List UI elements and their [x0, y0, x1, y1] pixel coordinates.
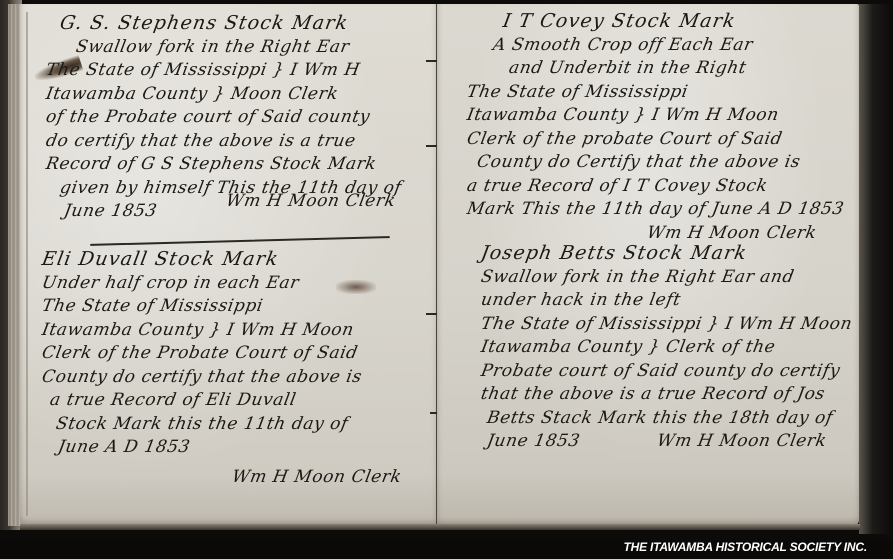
entry-line: Probate court of Said county do certify: [479, 360, 863, 384]
entry-line: Clerk of the Probate Court of Said: [40, 342, 434, 366]
entry-line: The State of Mississippi } I Wm H Moon: [479, 313, 863, 337]
entry-covey: I T Covey Stock Mark A Smooth Crop off E…: [467, 10, 852, 245]
entry-line: Betts Stack Mark this the 18th day of: [479, 407, 863, 431]
entry-line: The State of Mississippi: [465, 81, 854, 105]
entry-betts: Joseph Betts Stock Mark Swallow fork in …: [481, 242, 861, 454]
clerk-signature: Wm H Moon Clerk: [40, 466, 434, 490]
clerk-signature: Wm H Moon Clerk: [224, 190, 398, 214]
entry-line: do certify that the above is a true: [44, 130, 433, 154]
entry-line: Clerk of the probate Court of Said: [465, 128, 854, 152]
entry-line: County do Certify that the above is: [465, 151, 854, 175]
clerk-signature: Wm H Moon Clerk: [655, 430, 829, 454]
entry-line: Stock Mark this the 11th day of: [40, 413, 434, 437]
divider-flourish: [90, 236, 390, 246]
page-bottom-edge: [20, 524, 860, 530]
entry-line: and Underbit in the Right: [465, 57, 854, 81]
entry-line: The State of Mississippi: [40, 295, 434, 319]
entry-heading: G. S. Stephens Stock Mark: [44, 12, 433, 36]
entry-line: that the above is a true Record of Jos: [479, 383, 863, 407]
entry-line: Itawamba County } I Wm H Moon: [465, 104, 854, 128]
left-page: G. S. Stephens Stock Mark Swallow fork i…: [20, 4, 437, 526]
entry-line: Mark This the 11th day of June A D 1853: [465, 198, 854, 222]
entry-heading: Eli Duvall Stock Mark: [40, 248, 434, 272]
entry-line: a true Record of Eli Duvall: [40, 389, 434, 413]
entry-line: June A D 1853: [40, 436, 434, 460]
entry-line: County do certify that the above is: [40, 366, 434, 390]
ink-blot: [336, 280, 376, 294]
entry-line: Itawamba County } Moon Clerk: [44, 83, 433, 107]
entry-line: Swallow fork in the Right Ear and: [479, 266, 863, 290]
entry-heading: Joseph Betts Stock Mark: [479, 242, 863, 266]
entry-heading: I T Covey Stock Mark: [465, 10, 854, 34]
entry-line: a true Record of I T Covey Stock: [465, 175, 854, 199]
entry-stephens: G. S. Stephens Stock Mark Swallow fork i…: [46, 12, 431, 224]
entry-line: Swallow fork in the Right Ear: [44, 36, 433, 60]
right-page: I T Covey Stock Mark A Smooth Crop off E…: [437, 4, 859, 526]
entry-line: Itawamba County } Clerk of the: [479, 336, 863, 360]
entry-line: A Smooth Crop off Each Ear: [465, 34, 854, 58]
entry-line: The State of Mississippi } I Wm H: [44, 59, 433, 83]
entry-line: Itawamba County } I Wm H Moon: [40, 319, 434, 343]
book-cover-right: [859, 4, 893, 534]
watermark-caption: THE ITAWAMBA HISTORICAL SOCIETY INC.: [624, 540, 867, 554]
entry-line: under hack in the left: [479, 289, 863, 313]
book-photo: G. S. Stephens Stock Mark Swallow fork i…: [0, 0, 893, 541]
entry-line: Record of G S Stephens Stock Mark: [44, 153, 433, 177]
entry-line: of the Probate court of Said county: [44, 106, 433, 130]
